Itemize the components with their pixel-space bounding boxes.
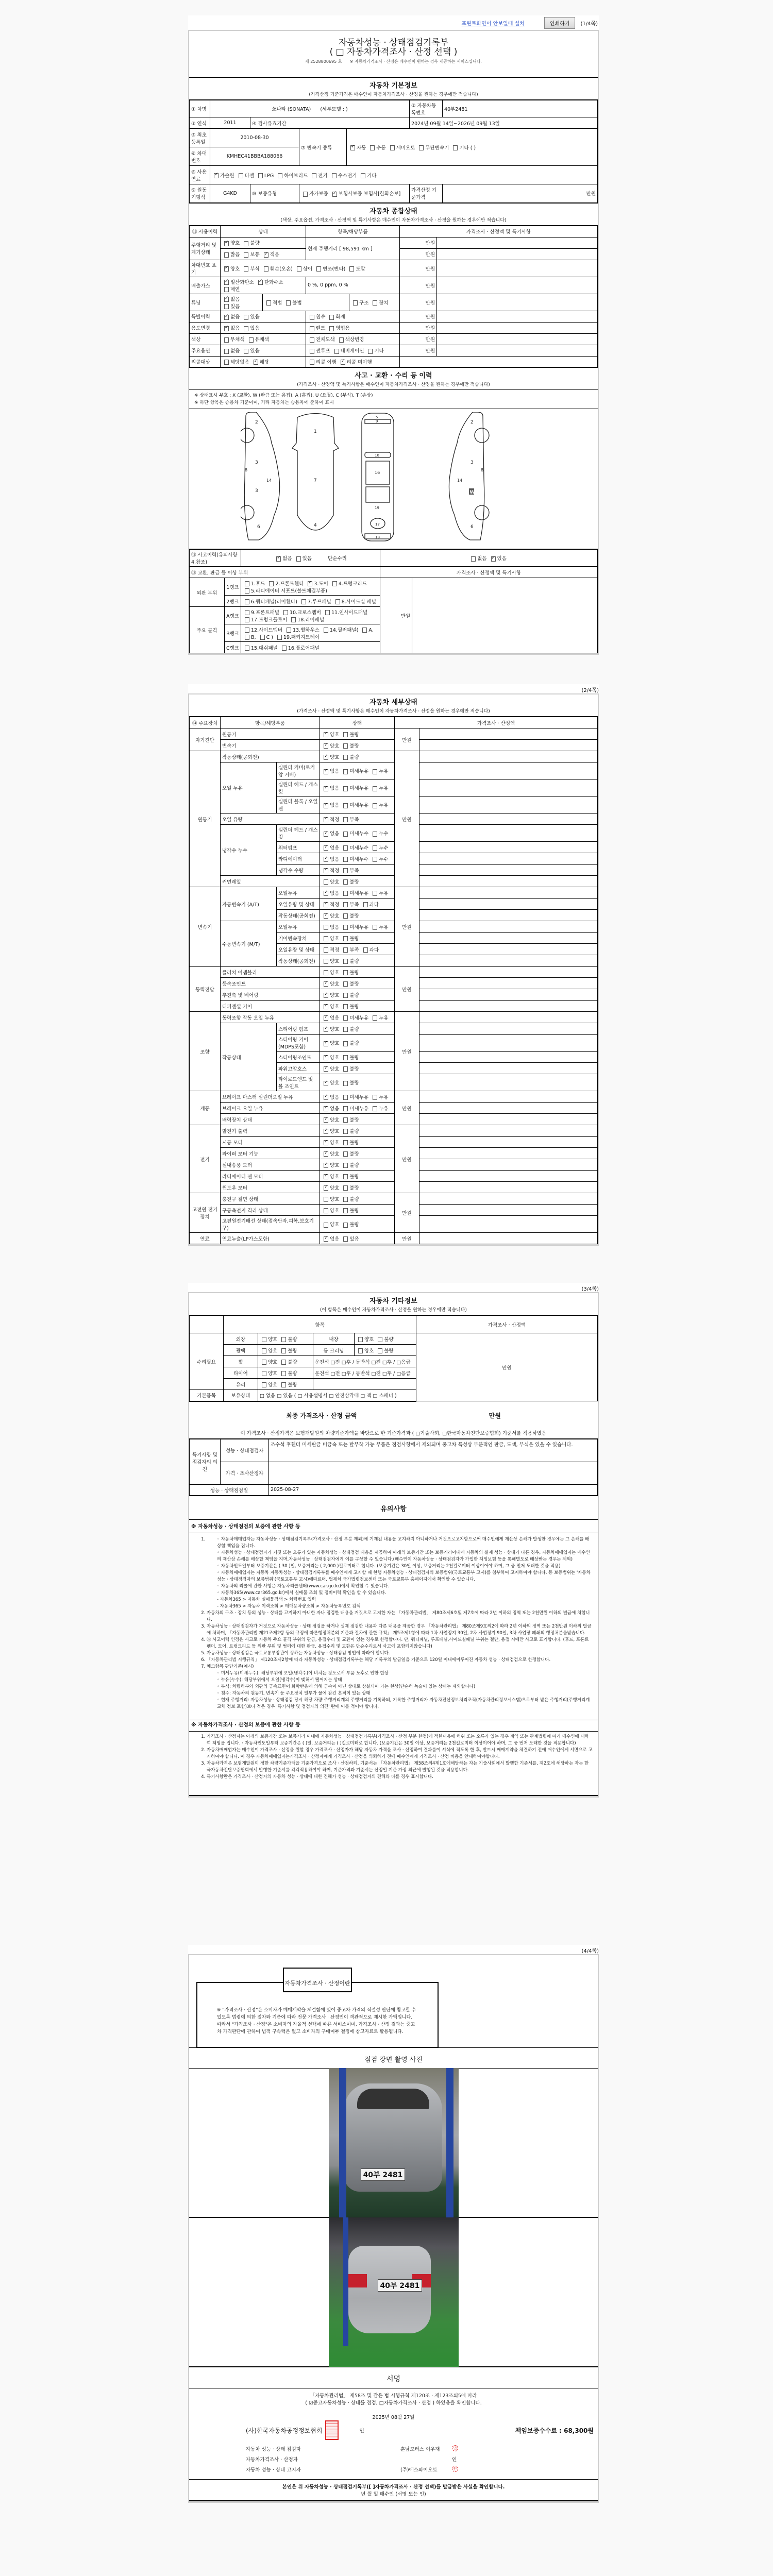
- checkbox-icon[interactable]: [266, 300, 271, 306]
- checkbox-icon[interactable]: [419, 145, 424, 150]
- checkbox-option[interactable]: 미세누유: [341, 786, 368, 791]
- checkbox-option[interactable]: 3.도어: [306, 581, 328, 587]
- checkbox-icon[interactable]: [324, 981, 328, 987]
- checkbox-option[interactable]: 불량: [341, 936, 359, 942]
- checkbox-icon[interactable]: [343, 1117, 348, 1123]
- checkbox-option[interactable]: 양호: [322, 1066, 339, 1072]
- checkbox-icon[interactable]: [343, 1151, 348, 1157]
- checkbox-option[interactable]: 양호: [222, 241, 240, 246]
- checkbox-option[interactable]: 영업용: [327, 326, 350, 331]
- checkbox-icon[interactable]: [260, 635, 265, 640]
- checkbox-option[interactable]: 11.인사이드패널: [323, 610, 367, 616]
- checkbox-icon[interactable]: [310, 315, 314, 320]
- checkbox-option[interactable]: 없음: [322, 925, 339, 930]
- checkbox-option[interactable]: 미세누수: [341, 857, 368, 862]
- checkbox-icon[interactable]: [363, 947, 368, 953]
- checkbox-icon[interactable]: [281, 1382, 286, 1387]
- checkbox-option[interactable]: 양호: [322, 970, 339, 976]
- checkbox-option[interactable]: 있음: [242, 348, 259, 354]
- checkbox-icon[interactable]: [343, 1015, 348, 1021]
- checkbox-icon[interactable]: [343, 1055, 348, 1060]
- checkbox-icon[interactable]: [324, 947, 328, 953]
- checkbox-icon[interactable]: [332, 192, 337, 197]
- checkbox-option[interactable]: 무단변속기: [417, 145, 449, 151]
- checkbox-option[interactable]: 누수: [371, 845, 388, 851]
- checkbox-option[interactable]: 불량: [341, 1185, 359, 1191]
- checkbox-option[interactable]: 누유: [371, 1106, 388, 1112]
- checkbox-icon[interactable]: [343, 845, 348, 851]
- checkbox-icon[interactable]: [335, 599, 340, 604]
- checkbox-option[interactable]: 미세누유: [341, 1015, 368, 1021]
- checkbox-option[interactable]: 양호: [322, 1174, 339, 1180]
- checkbox-icon[interactable]: [282, 646, 287, 651]
- checkbox-option[interactable]: 양호: [322, 1041, 339, 1046]
- checkbox-icon[interactable]: [358, 1337, 363, 1342]
- checkbox-icon[interactable]: [363, 902, 368, 907]
- checkbox-option[interactable]: 불량: [341, 1197, 359, 1202]
- checkbox-option[interactable]: LPG: [256, 173, 274, 179]
- checkbox-option[interactable]: 미세누유: [341, 925, 368, 930]
- checkbox-icon[interactable]: [378, 1348, 382, 1353]
- checkbox-icon[interactable]: [239, 173, 243, 178]
- checkbox-option[interactable]: 없음: [469, 556, 486, 562]
- checkbox-option[interactable]: 미세누유: [341, 769, 368, 774]
- checkbox-option[interactable]: 없음: [222, 314, 240, 320]
- checkbox-icon[interactable]: [262, 1360, 266, 1365]
- checkbox-option[interactable]: 양호: [322, 1129, 339, 1134]
- checkbox-option[interactable]: 누유: [371, 1015, 388, 1021]
- checkbox-option[interactable]: 양호: [356, 1337, 374, 1343]
- checkbox-option[interactable]: 있음: [242, 314, 259, 320]
- checkbox-option[interactable]: 누유: [371, 891, 388, 896]
- checkbox-option[interactable]: 불량: [341, 732, 359, 738]
- checkbox-icon[interactable]: [281, 1337, 286, 1342]
- checkbox-icon[interactable]: [324, 1129, 328, 1134]
- checkbox-icon[interactable]: [224, 287, 229, 292]
- checkbox-icon[interactable]: [245, 628, 249, 633]
- checkbox-option[interactable]: 부식: [242, 266, 259, 272]
- checkbox-option[interactable]: 17.트렁크플로어: [243, 617, 287, 623]
- checkbox-icon[interactable]: [245, 617, 249, 622]
- checkbox-icon[interactable]: [343, 1197, 348, 1202]
- checkbox-icon[interactable]: [343, 743, 348, 749]
- checkbox-icon[interactable]: [343, 913, 348, 919]
- checkbox-option[interactable]: 적정: [322, 817, 339, 823]
- checkbox-option[interactable]: 불량: [341, 1208, 359, 1214]
- checkbox-icon[interactable]: [312, 173, 316, 178]
- checkbox-icon[interactable]: [264, 266, 268, 272]
- checkbox-icon[interactable]: [324, 1151, 328, 1157]
- checkbox-option[interactable]: 8.사이드실 패널: [333, 599, 376, 605]
- checkbox-option[interactable]: 6.쿼터패널(리어휀다): [243, 599, 297, 605]
- checkbox-icon[interactable]: [343, 947, 348, 953]
- checkbox-option[interactable]: 양호: [322, 913, 339, 919]
- checkbox-icon[interactable]: [224, 315, 229, 320]
- print-button[interactable]: 인쇄하기: [544, 17, 576, 29]
- checkbox-option[interactable]: 4.트렁크리드: [330, 581, 367, 587]
- checkbox-option[interactable]: 14.필러패널(: [322, 628, 359, 633]
- checkbox-option[interactable]: 불량: [279, 1371, 297, 1377]
- checkbox-icon[interactable]: [308, 581, 312, 586]
- checkbox-option[interactable]: 양호: [260, 1348, 277, 1354]
- checkbox-icon[interactable]: [258, 173, 263, 178]
- checkbox-icon[interactable]: [297, 266, 301, 272]
- checkbox-icon[interactable]: [262, 1337, 266, 1342]
- checkbox-icon[interactable]: [370, 145, 375, 150]
- install-link[interactable]: 프린트화면이 안보일때 설치: [462, 19, 525, 27]
- checkbox-icon[interactable]: [390, 145, 395, 150]
- checkbox-option[interactable]: 양호: [322, 1117, 339, 1123]
- checkbox-icon[interactable]: [329, 326, 334, 331]
- checkbox-icon[interactable]: [324, 891, 328, 896]
- checkbox-icon[interactable]: [343, 1066, 348, 1072]
- checkbox-option[interactable]: 보통: [242, 252, 259, 258]
- checkbox-option[interactable]: 상이: [295, 266, 312, 272]
- checkbox-icon[interactable]: [343, 1081, 348, 1086]
- checkbox-icon[interactable]: [343, 832, 348, 837]
- checkbox-icon[interactable]: [343, 925, 348, 930]
- checkbox-option[interactable]: 양호: [356, 1348, 374, 1354]
- checkbox-option[interactable]: 양호: [322, 1185, 339, 1191]
- checkbox-icon[interactable]: [324, 879, 328, 885]
- checkbox-option[interactable]: 양호: [322, 1027, 339, 1032]
- checkbox-option[interactable]: 양호: [322, 1004, 339, 1010]
- checkbox-icon[interactable]: [303, 192, 308, 197]
- checkbox-option[interactable]: 적정: [322, 947, 339, 953]
- checkbox-option[interactable]: 누수: [371, 831, 388, 837]
- checkbox-icon[interactable]: [244, 266, 248, 272]
- checkbox-icon[interactable]: [278, 173, 282, 178]
- checkbox-icon[interactable]: [310, 337, 314, 343]
- checkbox-option[interactable]: 양호: [322, 732, 339, 738]
- checkbox-option[interactable]: 불량: [279, 1348, 297, 1354]
- checkbox-option[interactable]: 누유: [371, 786, 388, 791]
- checkbox-icon[interactable]: [324, 845, 328, 851]
- checkbox-option[interactable]: 훼손(오손): [262, 266, 293, 272]
- checkbox-option[interactable]: 자가보증: [301, 191, 328, 197]
- checkbox-option[interactable]: 양호: [322, 1197, 339, 1202]
- checkbox-icon[interactable]: [324, 1027, 328, 1032]
- checkbox-option[interactable]: 누유: [371, 925, 388, 930]
- checkbox-option[interactable]: 양호: [322, 1140, 339, 1146]
- checkbox-option[interactable]: 누유: [371, 803, 388, 808]
- checkbox-icon[interactable]: [224, 266, 229, 272]
- checkbox-option[interactable]: 보험사보증 보험사[한화손보]: [330, 191, 401, 197]
- checkbox-option[interactable]: 구조: [351, 300, 368, 306]
- checkbox-option[interactable]: 불량: [341, 970, 359, 976]
- checkbox-option[interactable]: 5.라디에이터 서포트(볼트체결부품): [243, 588, 327, 594]
- checkbox-option[interactable]: 불량: [341, 755, 359, 760]
- checkbox-icon[interactable]: [343, 902, 348, 907]
- checkbox-icon[interactable]: [349, 266, 354, 272]
- checkbox-option[interactable]: 19.패키지트레이: [275, 635, 320, 640]
- checkbox-icon[interactable]: [269, 581, 274, 586]
- checkbox-icon[interactable]: [332, 581, 337, 586]
- checkbox-icon[interactable]: [343, 1140, 348, 1145]
- checkbox-icon[interactable]: [224, 252, 229, 258]
- checkbox-option[interactable]: 적법: [264, 300, 282, 306]
- checkbox-icon[interactable]: [324, 1208, 328, 1213]
- checkbox-icon[interactable]: [341, 360, 345, 365]
- checkbox-icon[interactable]: [343, 936, 348, 941]
- checkbox-option[interactable]: 없음: [322, 1015, 339, 1021]
- checkbox-option[interactable]: 리콜 미이행: [339, 360, 372, 365]
- checkbox-icon[interactable]: [343, 817, 348, 822]
- checkbox-icon[interactable]: [310, 360, 314, 365]
- checkbox-option[interactable]: 양호: [322, 993, 339, 998]
- checkbox-icon[interactable]: [296, 556, 301, 562]
- checkbox-icon[interactable]: [373, 845, 377, 851]
- checkbox-icon[interactable]: [324, 1163, 328, 1168]
- checkbox-icon[interactable]: [324, 755, 328, 760]
- checkbox-icon[interactable]: [373, 1106, 377, 1111]
- checkbox-option[interactable]: 양호: [260, 1337, 277, 1343]
- checkbox-option[interactable]: 수소전기: [330, 173, 357, 179]
- checkbox-icon[interactable]: [343, 786, 348, 791]
- checkbox-icon[interactable]: [343, 1106, 348, 1111]
- checkbox-option[interactable]: 도말: [347, 266, 365, 272]
- checkbox-icon[interactable]: [324, 993, 328, 998]
- checkbox-option[interactable]: 불량: [341, 1174, 359, 1180]
- checkbox-icon[interactable]: [324, 1106, 328, 1111]
- checkbox-icon[interactable]: [324, 1066, 328, 1072]
- checkbox-option[interactable]: 양호: [322, 1208, 339, 1214]
- checkbox-icon[interactable]: [324, 1223, 328, 1228]
- checkbox-option[interactable]: 불량: [279, 1337, 297, 1343]
- checkbox-icon[interactable]: [324, 857, 328, 862]
- checkbox-option[interactable]: 세미오토: [388, 145, 415, 151]
- checkbox-option[interactable]: 없음: [322, 1106, 339, 1112]
- checkbox-icon[interactable]: [343, 1208, 348, 1213]
- checkbox-icon[interactable]: [343, 1027, 348, 1032]
- checkbox-option[interactable]: 누유: [371, 769, 388, 774]
- checkbox-option[interactable]: 양호: [322, 743, 339, 749]
- checkbox-option[interactable]: 하이브리드: [276, 173, 308, 179]
- checkbox-icon[interactable]: [262, 1382, 266, 1387]
- checkbox-option[interactable]: 불량: [341, 981, 359, 987]
- checkbox-option[interactable]: 리콜 이행: [308, 360, 337, 365]
- checkbox-option[interactable]: 양호: [322, 755, 339, 760]
- checkbox-icon[interactable]: [324, 769, 328, 774]
- checkbox-icon[interactable]: [245, 610, 249, 615]
- checkbox-option[interactable]: 미세누유: [341, 891, 368, 896]
- checkbox-icon[interactable]: [325, 610, 330, 615]
- checkbox-icon[interactable]: [254, 360, 258, 365]
- checkbox-icon[interactable]: [277, 635, 282, 640]
- checkbox-icon[interactable]: [324, 913, 328, 919]
- checkbox-icon[interactable]: [343, 857, 348, 862]
- checkbox-option[interactable]: 화재: [327, 314, 345, 320]
- checkbox-icon[interactable]: [343, 993, 348, 998]
- checkbox-icon[interactable]: [244, 349, 248, 354]
- checkbox-icon[interactable]: [471, 556, 476, 562]
- checkbox-icon[interactable]: [324, 1015, 328, 1021]
- checkbox-icon[interactable]: [453, 145, 458, 150]
- checkbox-icon[interactable]: [291, 617, 296, 622]
- checkbox-icon[interactable]: [373, 857, 377, 862]
- checkbox-icon[interactable]: [224, 297, 229, 302]
- checkbox-icon[interactable]: [339, 337, 344, 343]
- checkbox-option[interactable]: 수동: [368, 145, 385, 151]
- checkbox-option[interactable]: 양호: [222, 266, 240, 272]
- checkbox-icon[interactable]: [373, 1015, 377, 1021]
- checkbox-icon[interactable]: [343, 981, 348, 987]
- checkbox-icon[interactable]: [324, 1095, 328, 1100]
- checkbox-icon[interactable]: [373, 786, 377, 791]
- checkbox-option[interactable]: 유채색: [247, 337, 270, 343]
- checkbox-option[interactable]: 불량: [376, 1348, 393, 1354]
- checkbox-option[interactable]: 부족: [341, 947, 359, 953]
- checkbox-icon[interactable]: [324, 786, 328, 791]
- checkbox-option[interactable]: 불량: [341, 1163, 359, 1168]
- checkbox-option[interactable]: 적정: [322, 868, 339, 874]
- checkbox-option[interactable]: 양호: [322, 1222, 339, 1228]
- checkbox-option[interactable]: 불량: [341, 1066, 359, 1072]
- checkbox-option[interactable]: 불량: [341, 1041, 359, 1046]
- checkbox-icon[interactable]: [224, 337, 229, 343]
- checkbox-icon[interactable]: [244, 315, 248, 320]
- checkbox-option[interactable]: 자동: [348, 145, 366, 151]
- checkbox-option[interactable]: 불량: [341, 1129, 359, 1134]
- checkbox-option[interactable]: 1.후드: [243, 581, 265, 587]
- checkbox-option[interactable]: 있음: [242, 326, 259, 331]
- checkbox-option[interactable]: 불량: [341, 1004, 359, 1010]
- checkbox-option[interactable]: 7.루프패널: [299, 599, 331, 605]
- checkbox-icon[interactable]: [358, 1348, 363, 1353]
- checkbox-icon[interactable]: [324, 1185, 328, 1191]
- checkbox-icon[interactable]: [343, 732, 348, 737]
- checkbox-icon[interactable]: [324, 970, 328, 975]
- checkbox-option[interactable]: 불량: [341, 743, 359, 749]
- checkbox-icon[interactable]: [343, 959, 348, 964]
- checkbox-icon[interactable]: [324, 1004, 328, 1009]
- checkbox-icon[interactable]: [368, 349, 373, 354]
- checkbox-option[interactable]: 불량: [279, 1382, 297, 1388]
- checkbox-option[interactable]: 불량: [376, 1337, 393, 1343]
- checkbox-icon[interactable]: [244, 326, 248, 331]
- checkbox-option[interactable]: 없음: [322, 831, 339, 837]
- checkbox-option[interactable]: 침수: [308, 314, 325, 320]
- checkbox-icon[interactable]: [283, 610, 288, 615]
- checkbox-option[interactable]: 10.크로스멤버: [281, 610, 321, 616]
- checkbox-option[interactable]: 과다: [361, 902, 379, 908]
- checkbox-option[interactable]: 없음: [322, 786, 339, 791]
- checkbox-option[interactable]: 기타: [359, 173, 376, 179]
- checkbox-icon[interactable]: [324, 1174, 328, 1179]
- checkbox-icon[interactable]: [287, 628, 291, 633]
- checkbox-icon[interactable]: [281, 1371, 286, 1376]
- checkbox-icon[interactable]: [245, 599, 249, 604]
- checkbox-option[interactable]: 2.프론트휀더: [267, 581, 304, 587]
- checkbox-option[interactable]: 양호: [260, 1360, 277, 1365]
- checkbox-option[interactable]: 많음: [222, 252, 240, 258]
- checkbox-icon[interactable]: [286, 300, 291, 306]
- checkbox-option[interactable]: 네비게이션: [332, 348, 364, 354]
- checkbox-icon[interactable]: [343, 1163, 348, 1168]
- checkbox-option[interactable]: 없음: [274, 556, 292, 562]
- checkbox-option[interactable]: 부족: [341, 902, 359, 908]
- checkbox-icon[interactable]: [378, 1337, 382, 1342]
- checkbox-icon[interactable]: [245, 635, 249, 640]
- checkbox-icon[interactable]: [373, 832, 377, 837]
- checkbox-option[interactable]: 적정: [322, 902, 339, 908]
- checkbox-option[interactable]: 미세누수: [341, 845, 368, 851]
- checkbox-option[interactable]: 렌트: [308, 326, 325, 331]
- checkbox-option[interactable]: 있음: [222, 304, 240, 310]
- checkbox-icon[interactable]: [350, 145, 355, 150]
- checkbox-option[interactable]: 15.대쉬패널: [243, 646, 278, 651]
- checkbox-option[interactable]: 없음: [322, 845, 339, 851]
- checkbox-option[interactable]: 미세누유: [341, 803, 368, 808]
- checkbox-option[interactable]: 누수: [371, 857, 388, 862]
- checkbox-option[interactable]: 양호: [322, 1151, 339, 1157]
- checkbox-icon[interactable]: [373, 925, 377, 930]
- checkbox-icon[interactable]: [310, 349, 314, 354]
- checkbox-option[interactable]: 불량: [242, 241, 259, 246]
- checkbox-icon[interactable]: [324, 817, 328, 822]
- checkbox-icon[interactable]: [343, 1174, 348, 1179]
- checkbox-option[interactable]: 불량: [341, 959, 359, 964]
- checkbox-option[interactable]: 양호: [322, 981, 339, 987]
- checkbox-option[interactable]: 불량: [341, 1055, 359, 1061]
- checkbox-option[interactable]: B,: [243, 635, 256, 640]
- checkbox-option[interactable]: 양호: [322, 1163, 339, 1168]
- checkbox-option[interactable]: 장치: [371, 300, 388, 306]
- checkbox-option[interactable]: 불량: [341, 993, 359, 998]
- checkbox-option[interactable]: 과다: [361, 947, 379, 953]
- checkbox-option[interactable]: 디젤: [237, 173, 254, 179]
- checkbox-option[interactable]: 일산화탄소: [222, 280, 254, 285]
- checkbox-option[interactable]: 없음: [222, 326, 240, 331]
- checkbox-icon[interactable]: [343, 1185, 348, 1191]
- checkbox-icon[interactable]: [329, 315, 334, 320]
- checkbox-option[interactable]: 불량: [279, 1360, 297, 1365]
- checkbox-option[interactable]: 없음: [322, 891, 339, 896]
- checkbox-option[interactable]: 기타: [366, 348, 383, 354]
- checkbox-icon[interactable]: [324, 902, 328, 907]
- checkbox-icon[interactable]: [343, 1129, 348, 1134]
- checkbox-option[interactable]: 불법: [284, 300, 301, 306]
- checkbox-icon[interactable]: [224, 349, 229, 354]
- checkbox-option[interactable]: 양호: [260, 1371, 277, 1377]
- checkbox-option[interactable]: 있음: [341, 1236, 359, 1242]
- checkbox-option[interactable]: 불량: [341, 1117, 359, 1123]
- checkbox-option[interactable]: 양호: [322, 1055, 339, 1061]
- checkbox-option[interactable]: 9.프론트패널: [243, 610, 279, 616]
- checkbox-icon[interactable]: [353, 300, 358, 306]
- checkbox-icon[interactable]: [324, 628, 328, 633]
- checkbox-icon[interactable]: [334, 349, 339, 354]
- checkbox-option[interactable]: 있음: [489, 556, 507, 562]
- checkbox-option[interactable]: 불량: [341, 1140, 359, 1146]
- checkbox-option[interactable]: 미세누유: [341, 1106, 368, 1112]
- checkbox-icon[interactable]: [343, 755, 348, 760]
- checkbox-icon[interactable]: [343, 1236, 348, 1242]
- checkbox-option[interactable]: A,: [360, 628, 374, 633]
- checkbox-icon[interactable]: [245, 581, 249, 586]
- checkbox-icon[interactable]: [343, 1041, 348, 1046]
- checkbox-option[interactable]: 불량: [341, 1027, 359, 1032]
- checkbox-icon[interactable]: [324, 1117, 328, 1123]
- checkbox-option[interactable]: 변조(변타): [314, 266, 345, 272]
- checkbox-icon[interactable]: [343, 868, 348, 873]
- checkbox-option[interactable]: 있음: [294, 556, 312, 562]
- checkbox-icon[interactable]: [332, 173, 337, 178]
- checkbox-icon[interactable]: [244, 252, 248, 258]
- checkbox-option[interactable]: 없음: [222, 297, 240, 302]
- checkbox-option[interactable]: 부족: [341, 817, 359, 823]
- checkbox-option[interactable]: 해당없음: [222, 360, 249, 365]
